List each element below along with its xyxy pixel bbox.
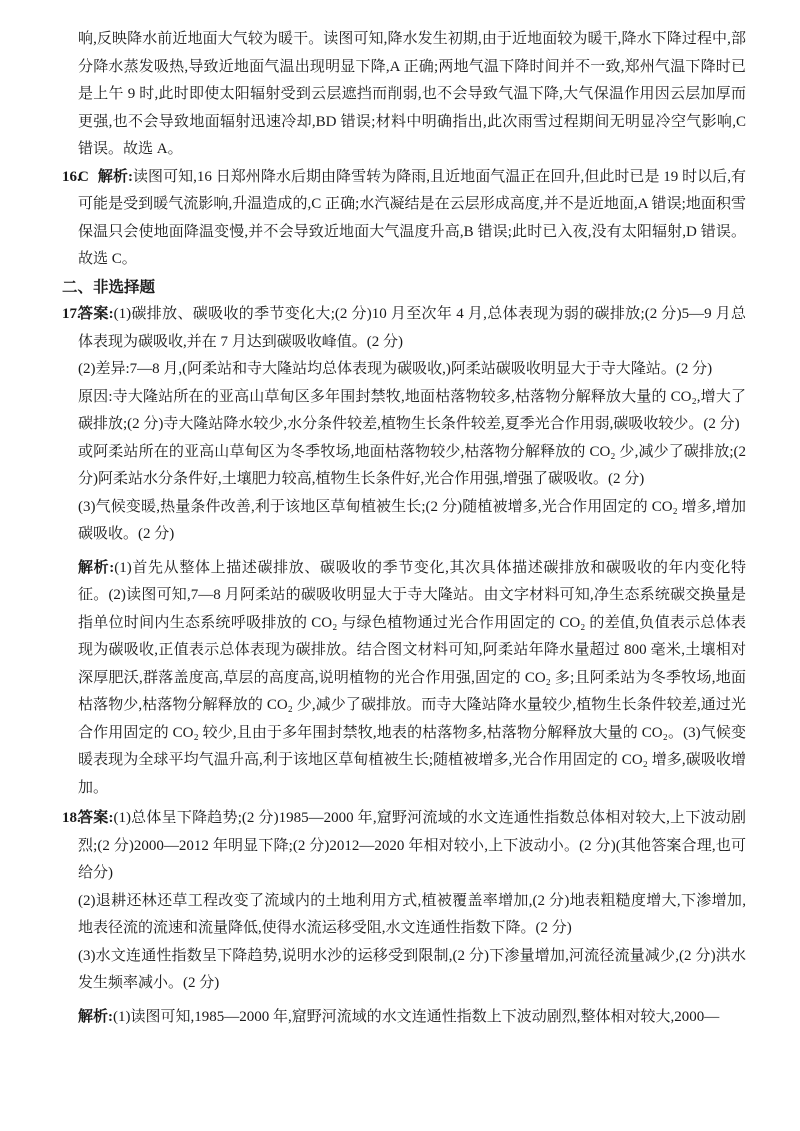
q17-analysis-text: (1)首先从整体上描述碳排放、碳吸收的季节变化,其次具体描述碳排放和碳吸收的年内… <box>78 560 746 796</box>
q16-analysis-text: 读图可知,16 日郑州降水后期由降雪转为降雨,且近地面气温正在回升,但此时已是 … <box>78 169 746 268</box>
q18-answer-part1: 答案:(1)总体呈下降趋势;(2 分)1985—2000 年,窟野河流域的水文连… <box>78 805 746 888</box>
q17-answer-part1: 答案:(1)碳排放、碳吸收的季节变化大;(2 分)10 月至次年 4 月,总体表… <box>78 301 746 356</box>
q18-analysis-label: 解析: <box>78 1009 113 1025</box>
q16-analysis-label: 解析: <box>98 169 133 185</box>
q18-number: 18. <box>62 805 81 833</box>
section-two-heading: 二、非选择题 <box>62 274 746 302</box>
q17-answer-part2: (2)差异:7—8 月,(阿柔站和寺大隆站均总体表现为碳吸收,)阿柔站碳吸收明显… <box>78 356 746 384</box>
q17-answer-part1-text: (1)碳排放、碳吸收的季节变化大;(2 分)10 月至次年 4 月,总体表现为弱… <box>78 306 746 350</box>
q18-answer-label: 答案: <box>78 810 113 826</box>
answer-key-page: 响,反映降水前近地面大气较为暖干。读图可知,降水发生初期,由于近地面较为暖干,降… <box>0 0 800 1131</box>
q17-analysis-label: 解析: <box>78 560 114 576</box>
q17-answer-part3: (3)气候变暖,热量条件改善,利于该地区草甸植被生长;(2 分)随植被增多,光合… <box>78 494 746 549</box>
q16-analysis-paragraph: C解析:读图可知,16 日郑州降水后期由降雪转为降雨,且近地面气温正在回升,但此… <box>78 164 746 274</box>
question-16-block: 16. C解析:读图可知,16 日郑州降水后期由降雪转为降雨,且近地面气温正在回… <box>62 164 746 274</box>
q17-answer-part2-alternative: 或阿柔站所在的亚高山草甸区为冬季牧场,地面枯落物较少,枯落物分解释放的 CO₂ … <box>78 439 746 494</box>
q17-number: 17. <box>62 301 81 329</box>
q16-number: 16. <box>62 164 81 192</box>
q18-answer-part1-text: (1)总体呈下降趋势;(2 分)1985—2000 年,窟野河流域的水文连通性指… <box>78 810 746 881</box>
question-18-block: 18. 答案:(1)总体呈下降趋势;(2 分)1985—2000 年,窟野河流域… <box>62 805 746 1031</box>
q18-analysis-paragraph: 解析:(1)读图可知,1985—2000 年,窟野河流域的水文连通性指数上下波动… <box>78 1004 746 1032</box>
q17-answer-label: 答案: <box>78 306 114 322</box>
q15-analysis-continuation: 响,反映降水前近地面大气较为暖干。读图可知,降水发生初期,由于近地面较为暖干,降… <box>62 26 746 164</box>
q18-analysis-text: (1)读图可知,1985—2000 年,窟野河流域的水文连通性指数上下波动剧烈,… <box>113 1009 719 1025</box>
q17-answer-part2-reason: 原因:寺大隆站所在的亚高山草甸区多年围封禁牧,地面枯落物较多,枯落物分解释放大量… <box>78 384 746 439</box>
q17-analysis-paragraph: 解析:(1)首先从整体上描述碳排放、碳吸收的季节变化,其次具体描述碳排放和碳吸收… <box>78 555 746 803</box>
question-17-block: 17. 答案:(1)碳排放、碳吸收的季节变化大;(2 分)10 月至次年 4 月… <box>62 301 746 802</box>
q18-answer-part3: (3)水文连通性指数呈下降趋势,说明水沙的运移受到限制,(2 分)下渗量增加,河… <box>78 943 746 998</box>
q18-answer-part2: (2)退耕还林还草工程改变了流域内的土地利用方式,植被覆盖率增加,(2 分)地表… <box>78 888 746 943</box>
